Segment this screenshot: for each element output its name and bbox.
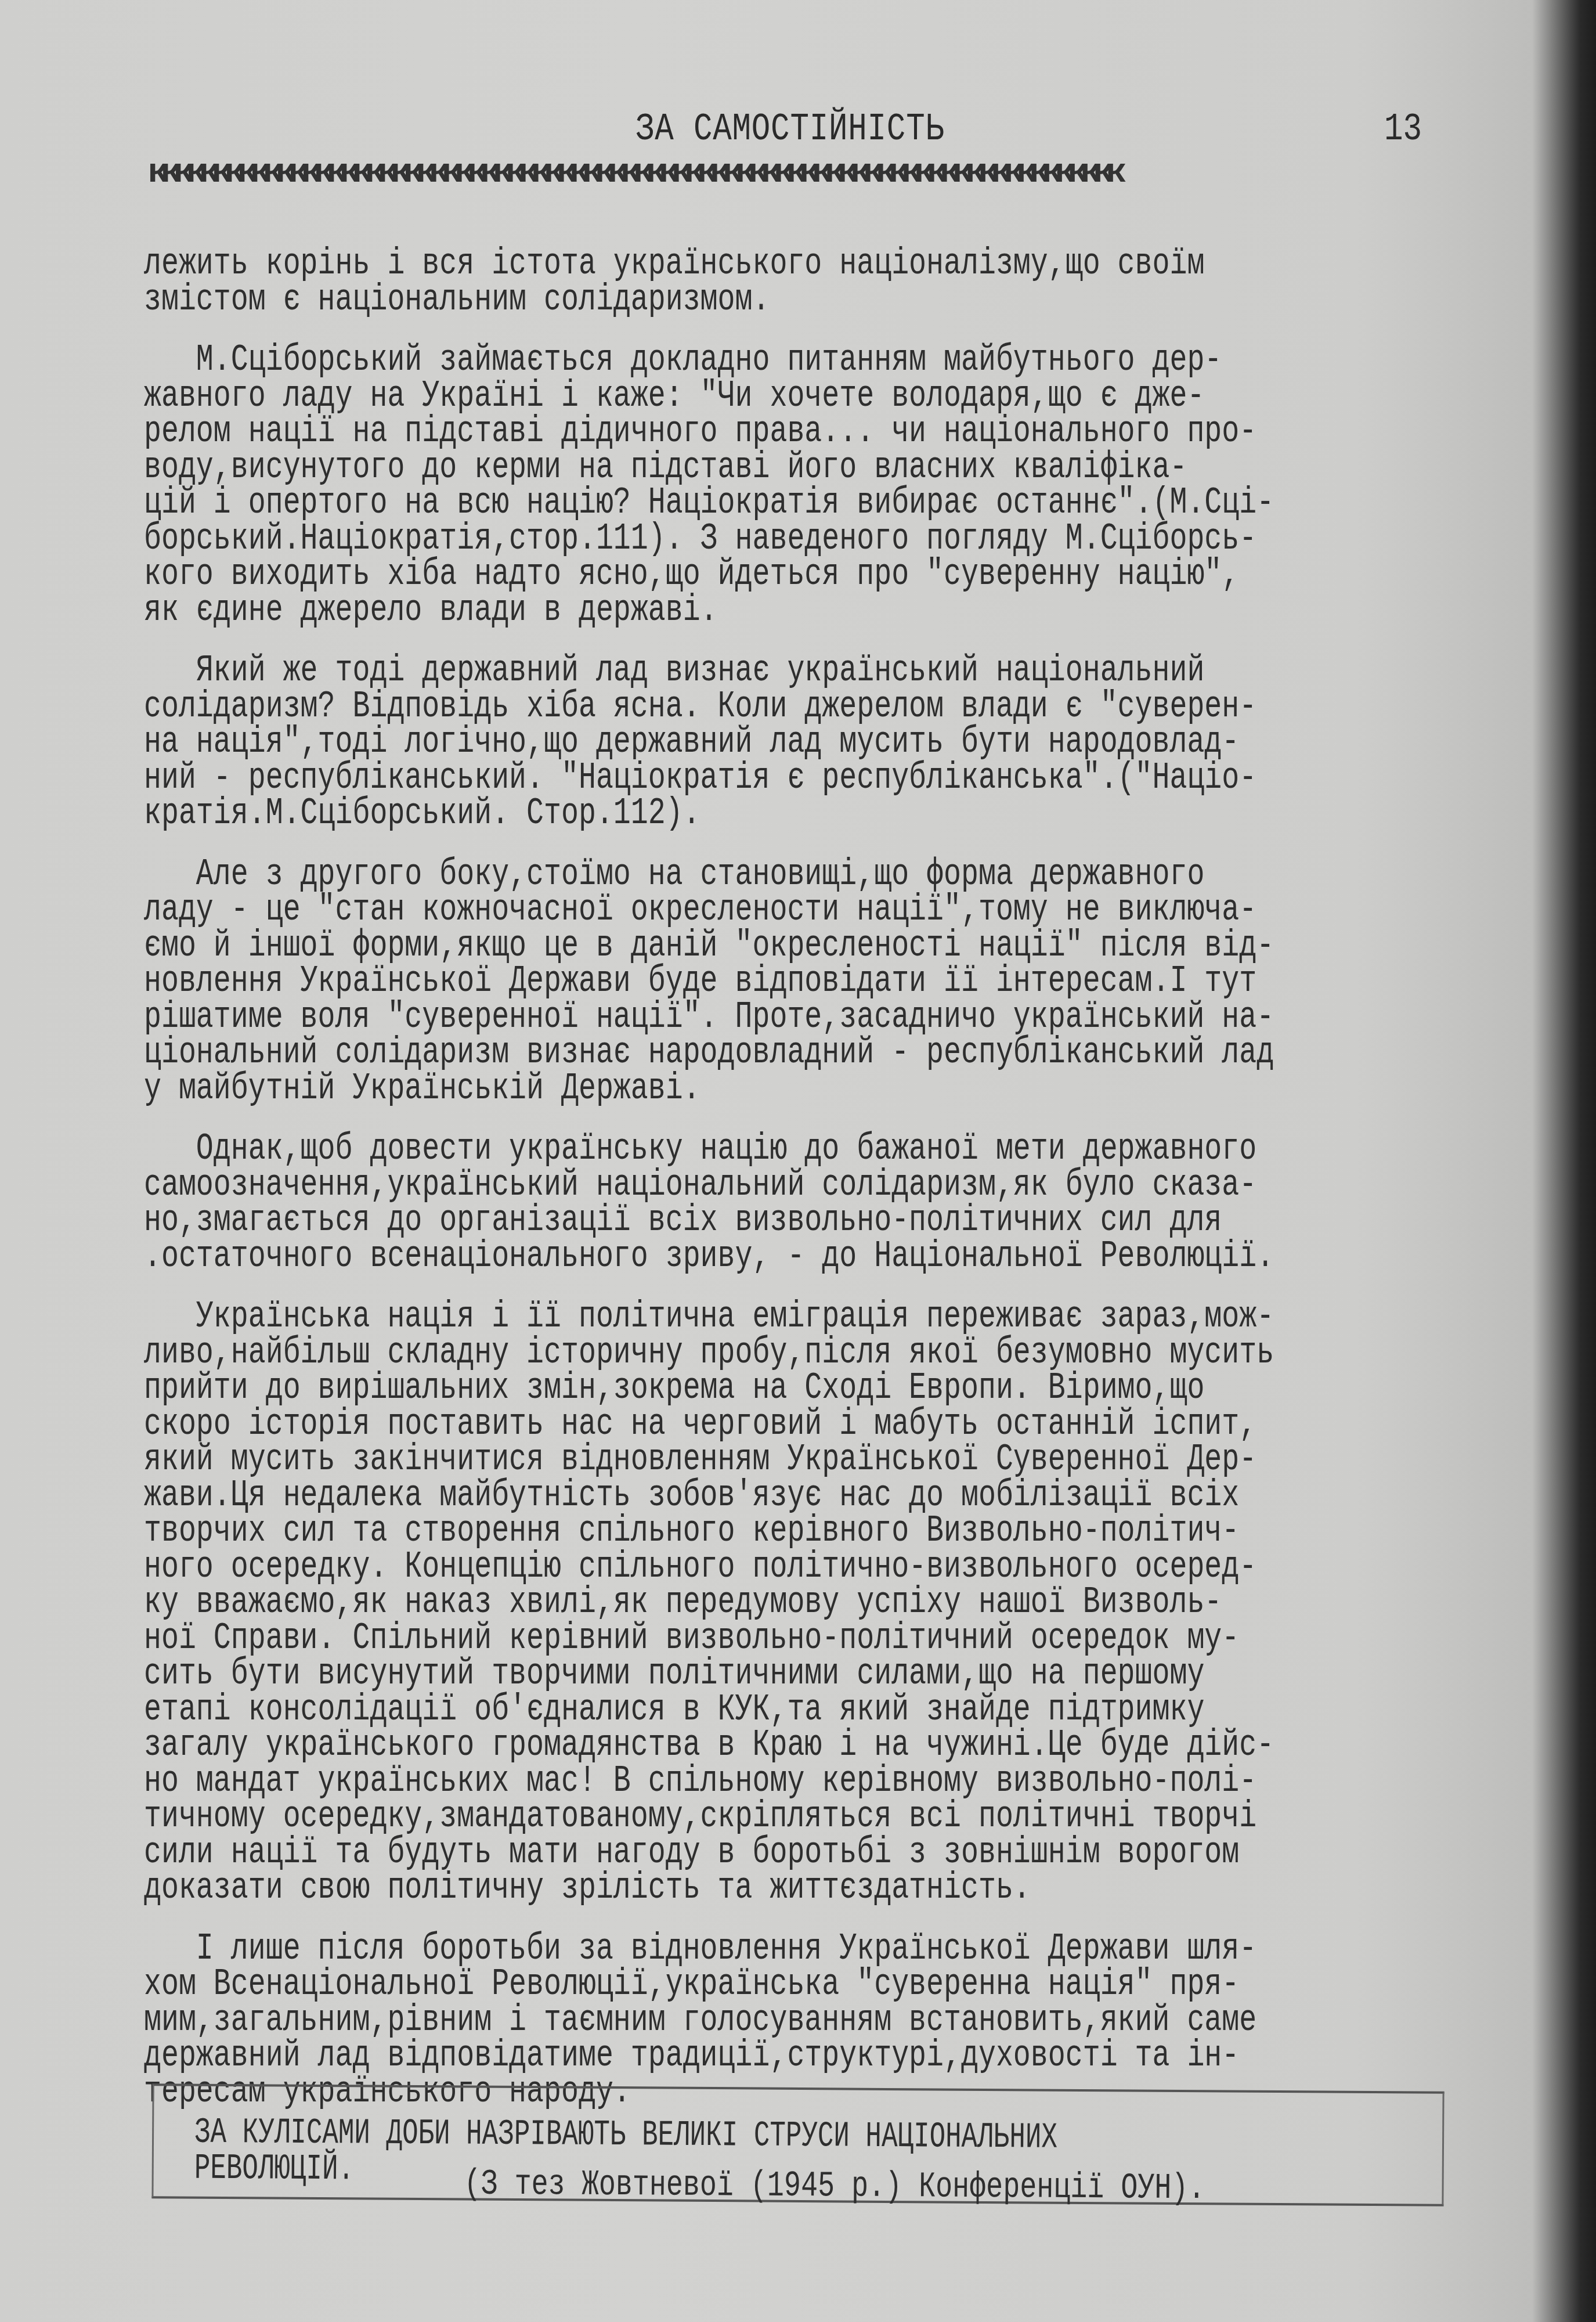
text-line: змістом є національним солідаризмом.: [144, 283, 1230, 319]
text-line: творчих сил та створення спільного керів…: [144, 1514, 1230, 1550]
text-line: релом нації на підставі дідичного права.…: [144, 414, 1230, 450]
paragraph-2: М.Сціборський займається докладно питанн…: [144, 343, 1537, 629]
text-line: сить бути висунутий творчими політичними…: [144, 1657, 1230, 1693]
document-page: ЗА САМОСТІЙНІСТЬ 13 кккккккккккккккккккк…: [0, 0, 1596, 2322]
text-line: кратія.М.Сціборський. Стор.112).: [144, 796, 1230, 832]
boxed-quotation: ЗА КУЛІСАМИ ДОБИ НАЗРІВАЮТЬ ВЕЛИКІ СТРУС…: [151, 2083, 1444, 2206]
text-line: жави.Ця недалека майбутність зобов'язує …: [144, 1479, 1230, 1515]
text-line: мим,загальним,рівним і таємним голосуван…: [144, 2003, 1230, 2039]
text-line: .остаточного всенаціонального зриву, - д…: [144, 1239, 1230, 1275]
text-line: державний лад відповідатиме традиції,стр…: [144, 2039, 1230, 2075]
text-line: І лише після боротьби за відновлення Укр…: [144, 1932, 1230, 1968]
text-line: як єдине джерело влади в державі.: [144, 593, 1230, 629]
paragraph-3: Який же тоді державний лад визнає україн…: [144, 654, 1537, 832]
text-line: скоро історія поставить нас на черговий …: [144, 1407, 1230, 1443]
text-line: но мандат українських мас! В спільному к…: [144, 1764, 1230, 1800]
text-line: борський.Націократія,стор.111). З наведе…: [144, 522, 1230, 558]
text-line: лежить корінь і вся істота українського …: [144, 247, 1230, 283]
text-line: рішатиме воля "суверенної нації". Проте,…: [144, 1000, 1230, 1036]
quote-text-line-2: РЕВОЛЮЦІЙ.: [194, 2148, 355, 2190]
text-line: Але з другого боку,стоїмо на становищі,щ…: [144, 857, 1230, 893]
text-line: ку вважаємо,як наказ хвилі,як передумову…: [144, 1585, 1230, 1621]
text-line: на нація",тоді логічно,що державний лад …: [144, 725, 1230, 761]
text-line: хом Всенаціональної Революції,українська…: [144, 1967, 1230, 2003]
text-line: цій і опертого на всю націю? Націократія…: [144, 486, 1230, 522]
text-line: ний - республіканський. "Націократія є р…: [144, 761, 1230, 797]
text-line: воду,висунутого до керми на підставі йог…: [144, 450, 1230, 486]
paragraph-1: лежить корінь і вся істота українського …: [144, 247, 1537, 318]
text-line: тичному осередку,змандатованому,скріплят…: [144, 1800, 1230, 1836]
text-line: ємо й іншої форми,якщо це в даній "окрес…: [144, 929, 1230, 965]
text-line: М.Сціборський займається докладно питанн…: [144, 343, 1230, 379]
text-line: Однак,щоб довести українську націю до ба…: [144, 1132, 1230, 1168]
paragraph-5: Однак,щоб довести українську націю до ба…: [144, 1132, 1537, 1275]
running-title: ЗА САМОСТІЙНІСТЬ: [635, 107, 945, 151]
text-line: самоозначення,український національний с…: [144, 1168, 1230, 1204]
text-line: який мусить закінчитися відновленням Укр…: [144, 1443, 1230, 1479]
text-line: ної Справи. Спільний керівний визвольно-…: [144, 1621, 1230, 1657]
text-line: етапі консолідації об'єдналися в КУК,та …: [144, 1693, 1230, 1729]
page-header: ЗА САМОСТІЙНІСТЬ 13: [145, 107, 1497, 160]
text-line: ливо,найбільш складну історичну пробу,пі…: [144, 1336, 1230, 1372]
text-line: солідаризм? Відповідь хіба ясна. Коли дж…: [144, 690, 1230, 726]
text-line: жавного ладу на Україні і каже: "Чи хоче…: [144, 379, 1230, 415]
text-line: сили нації та будуть мати нагоду в борот…: [144, 1836, 1230, 1872]
article-body: лежить корінь і вся істота українського …: [144, 247, 1537, 2135]
paragraph-6: Українська нація і її політична еміграці…: [144, 1300, 1537, 1907]
text-line: загалу українського громадянства в Краю …: [144, 1728, 1230, 1764]
text-line: кого виходить хіба надто ясно,що йдеться…: [144, 557, 1230, 593]
page-number: 13: [1384, 107, 1422, 151]
paragraph-4: Але з другого боку,стоїмо на становищі,щ…: [144, 857, 1537, 1108]
text-line: ціональний солідаризм визнає народовладн…: [144, 1036, 1230, 1072]
paragraph-7: І лише після боротьби за відновлення Укр…: [144, 1932, 1537, 2111]
text-line: ного осередку. Концепцію спільного політ…: [144, 1550, 1230, 1586]
text-line: прийти до вирішальних змін,зокрема на Сх…: [144, 1371, 1230, 1407]
text-line: у майбутній Українській Державі.: [144, 1072, 1230, 1108]
quote-source: (З тез Жовтневої (1945 р.) Конференції О…: [464, 2163, 1205, 2209]
text-line: Українська нація і її політична еміграці…: [144, 1300, 1230, 1336]
text-line: новлення Української Держави буде відпов…: [144, 964, 1230, 1000]
text-line: доказати свою політичну зрілість та житт…: [144, 1871, 1230, 1907]
text-line: Який же тоді державний лад визнає україн…: [144, 654, 1230, 690]
typewriter-divider-rule: кккккккккккккккккккккккккккккккккккккккк…: [148, 156, 1489, 190]
text-line: ладу - це "стан кожночасної окреслености…: [144, 893, 1230, 929]
text-line: но,змагається до організації всіх визвол…: [144, 1203, 1230, 1239]
